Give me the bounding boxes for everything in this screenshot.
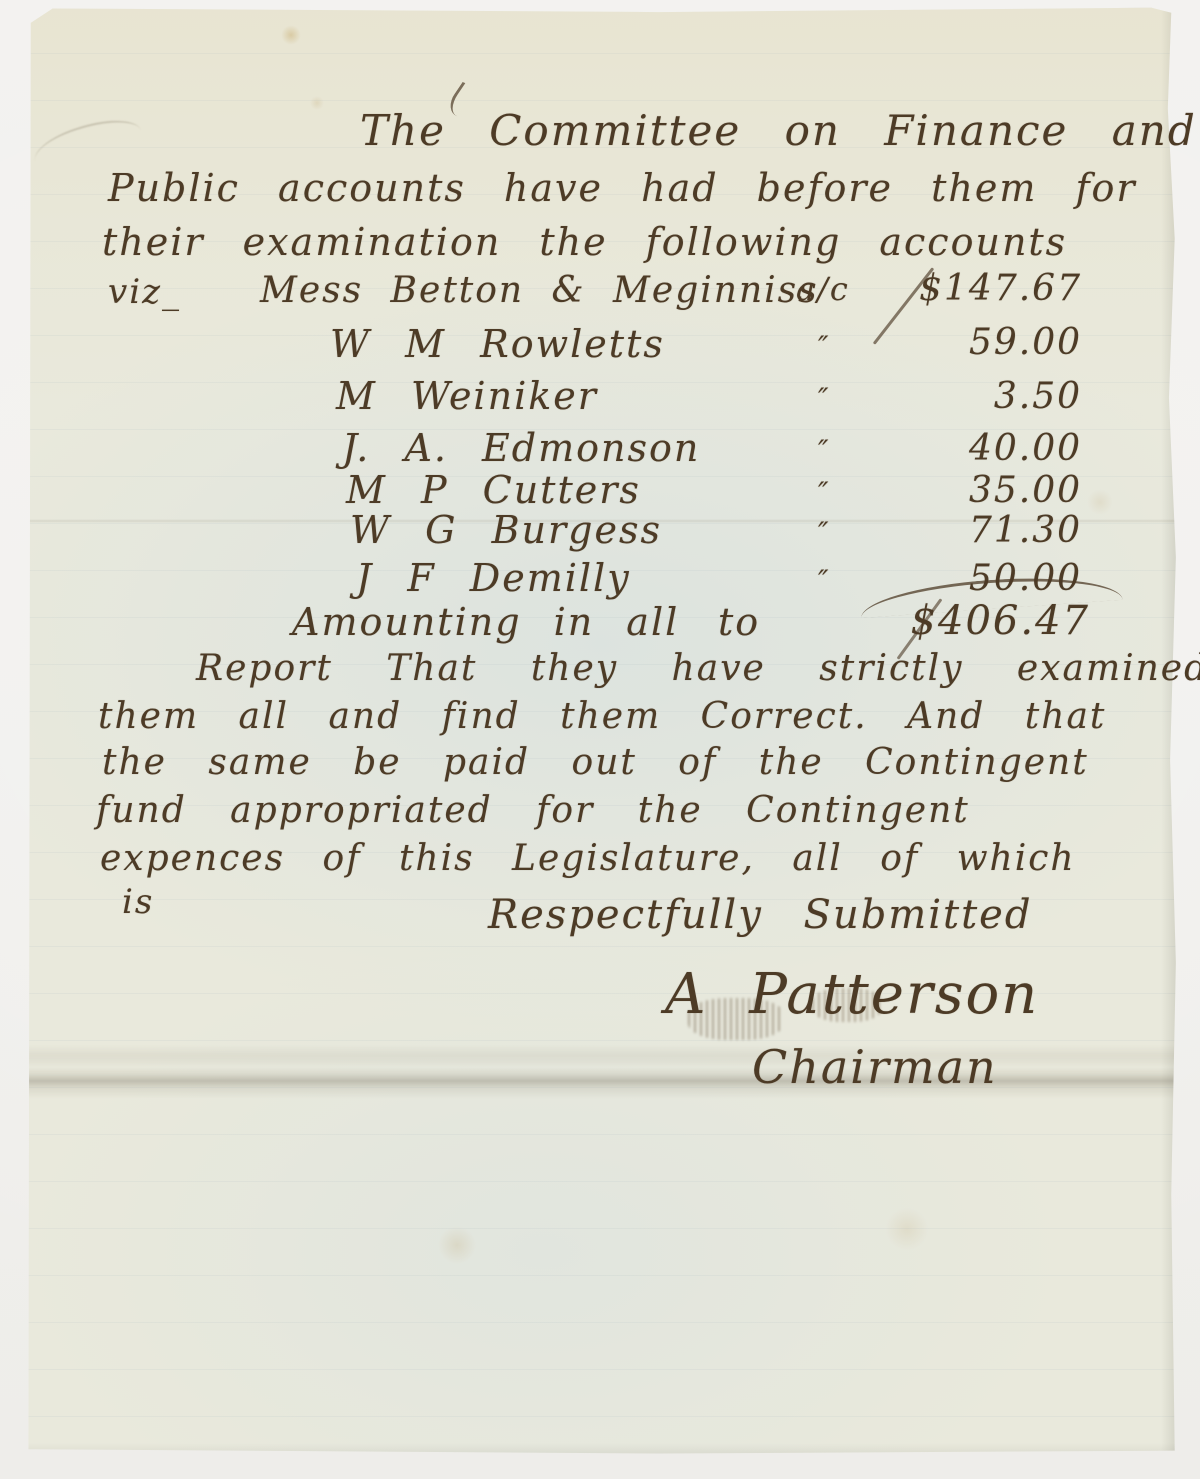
account-name: M Weiniker: [336, 374, 598, 418]
viz-label: viz_: [108, 272, 181, 312]
account-name: J F Demilly: [356, 556, 631, 600]
scan-backdrop: The Committee on Finance and Public acco…: [0, 0, 1200, 1479]
closing-line: Respectfully Submitted: [488, 892, 1032, 938]
report-line-2: them all and find them Correct. And that: [98, 696, 1106, 737]
account-name: Mess Betton & Meginniss: [260, 270, 819, 311]
account-name: W M Rowletts: [330, 322, 665, 366]
account-amount: 40.00: [912, 428, 1082, 469]
ditto-mark: ″: [818, 330, 830, 363]
ditto-mark: ″: [818, 564, 830, 597]
account-name: M P Cutters: [346, 468, 641, 512]
total-label: Amounting in all: [292, 600, 679, 644]
scan-background: { "doc": { "opening": [ "The Committee o…: [0, 0, 1200, 1479]
account-suffix: a/c: [796, 270, 850, 308]
report-line-1: Report That they have strictly examined: [196, 648, 1200, 689]
account-name: J. A. Edmonson: [342, 426, 700, 470]
opening-line-2: Public accounts have had before them for: [108, 166, 1137, 210]
report-line-3: the same be paid out of the Contingent: [102, 742, 1089, 783]
total-amount: $406.47: [905, 598, 1090, 644]
opening-line-1: The Committee on Finance and: [360, 106, 1197, 155]
report-line-5: expences of this Legislature, all of whi…: [100, 838, 1076, 879]
account-name: W G Burgess: [350, 508, 662, 552]
opening-line-3: their examination the following accounts: [102, 220, 1067, 264]
report-line-6: is: [122, 882, 154, 922]
ditto-mark: ″: [818, 382, 830, 415]
ditto-mark: ″: [818, 516, 830, 549]
handwriting-layer: The Committee on Finance and Public acco…: [0, 0, 1200, 1479]
ditto-mark: ″: [818, 476, 830, 509]
ditto-mark: ″: [818, 434, 830, 467]
account-amount: 59.00: [912, 322, 1082, 363]
total-connector: to: [718, 600, 760, 644]
account-amount: $147.67: [912, 268, 1082, 309]
account-amount: 35.00: [912, 470, 1082, 511]
account-amount: 71.30: [912, 510, 1082, 551]
report-line-4: fund appropriated for the Contingent: [96, 790, 970, 831]
account-amount: 3.50: [912, 376, 1082, 417]
signature: A Patterson: [665, 962, 1039, 1027]
signature-title: Chairman: [752, 1040, 998, 1094]
